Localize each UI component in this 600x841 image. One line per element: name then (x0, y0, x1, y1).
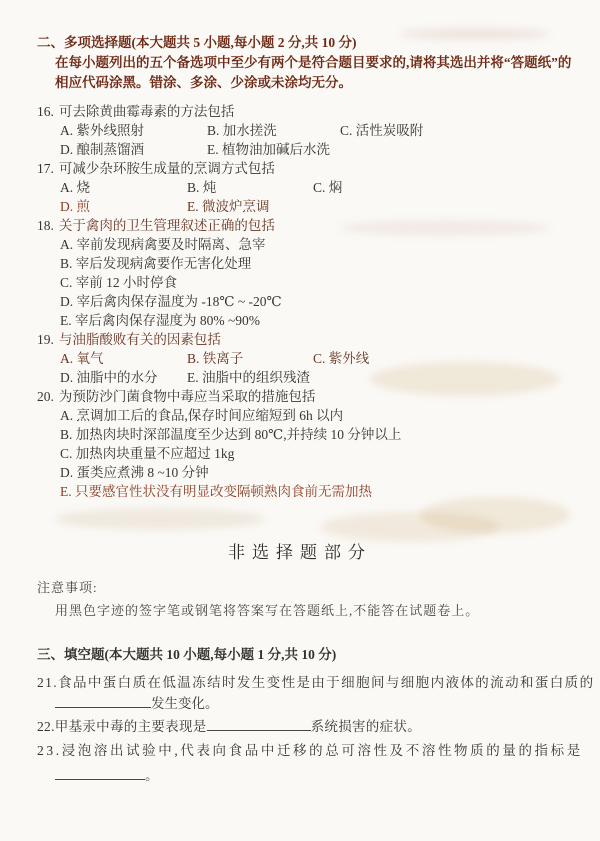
option-a: A. 烧 (60, 178, 187, 197)
option-b: B. 加水搓洗 (207, 121, 340, 140)
question-stem: 20.为预防沙门菌食物中毒应当采取的措施包括 (37, 387, 592, 406)
option-d: D. 酿制蒸馏酒 (60, 140, 207, 159)
option-c: C. 焖 (313, 178, 342, 197)
question-19: 19.与油脂酸败有关的因素包括 A. 氧气 B. 铁离子 C. 紫外线 D. 油… (37, 330, 592, 387)
ghost-mark (55, 508, 265, 530)
option-d: D. 宰后禽肉保存温度为 -18℃ ~ -20℃ (37, 292, 592, 311)
question-number: 20. (37, 389, 54, 404)
option-e: E. 只要感官性状没有明显改变隔顿熟肉食前无需加热 (37, 482, 592, 501)
question-number: 19. (37, 332, 54, 347)
question-18: 18.关于禽肉的卫生管理叙述正确的包括 A. 宰前发现病禽要及时隔离、急宰 B.… (37, 216, 592, 330)
question-text: 系统损害的症状。 (311, 719, 421, 734)
options-row: D. 酿制蒸馏酒 E. 植物油加碱后水洗 (37, 140, 592, 159)
instruction-line: 在每小题列出的五个备选项中至少有两个是符合题目要求的,请将其选出并将“答题纸”的 (55, 53, 592, 73)
question-text-line: 21.食品中蛋白质在低温冻结时发生变性是由于细胞间与细胞内液体的流动和蛋白质的 (37, 672, 592, 693)
option-a: A. 氧气 (60, 349, 187, 368)
question-text: 食品中蛋白质在低温冻结时发生变性是由于细胞间与细胞内液体的流动和蛋白质的 (58, 675, 594, 690)
question-text-line: 发生变化。 (37, 693, 592, 714)
question-text: 与油脂酸败有关的因素包括 (59, 332, 221, 347)
answer-blank (55, 766, 145, 780)
options-row: D. 油脂中的水分 E. 油脂中的组织残渣 (37, 368, 592, 387)
option-c: C. 紫外线 (313, 349, 369, 368)
option-c: C. 宰前 12 小时停食 (37, 273, 592, 292)
question-text: 为预防沙门菌食物中毒应当采取的措施包括 (59, 389, 316, 404)
section-heading: 二、多项选择题(本大题共 5 小题,每小题 2 分,共 10 分) (37, 33, 592, 53)
question-stem: 16.可去除黄曲霉毒素的方法包括 (37, 102, 592, 121)
question-stem: 19.与油脂酸败有关的因素包括 (37, 330, 592, 349)
option-d: D. 蛋类应煮沸 8 ~10 分钟 (37, 463, 592, 482)
option-c: C. 加热肉块重量不应超过 1kg (37, 444, 592, 463)
notice-label: 注意事项: (37, 578, 592, 598)
question-text: 浸泡溶出试验中,代表向食品中迁移的总可溶性及不溶性物质的量的指标是 (62, 743, 583, 758)
question-16: 16.可去除黄曲霉毒素的方法包括 A. 紫外线照射 B. 加水搓洗 C. 活性炭… (37, 102, 592, 159)
options-row: A. 氧气 B. 铁离子 C. 紫外线 (37, 349, 592, 368)
fill-in-section: 三、填空题(本大题共 10 小题,每小题 1 分,共 10 分) 21.食品中蛋… (37, 645, 592, 786)
question-text: 。 (145, 768, 159, 783)
question-text-line: 23.浸泡溶出试验中,代表向食品中迁移的总可溶性及不溶性物质的量的指标是 (37, 740, 592, 761)
option-c: C. 活性炭吸附 (340, 121, 423, 140)
question-number: 17. (37, 161, 54, 176)
question-21: 21.食品中蛋白质在低温冻结时发生变性是由于细胞间与细胞内液体的流动和蛋白质的 … (37, 672, 592, 714)
question-number: 16. (37, 104, 54, 119)
question-text-line: 。 (37, 765, 592, 786)
question-text: 甲基汞中毒的主要表现是 (55, 719, 207, 734)
notice-text: 用黑色字迹的签字笔或钢笔将答案写在答题纸上,不能答在试题卷上。 (37, 601, 592, 621)
question-stem: 18.关于禽肉的卫生管理叙述正确的包括 (37, 216, 592, 235)
non-selective-section-title: 非选择题部分 (0, 538, 600, 563)
question-number: 18. (37, 218, 54, 233)
instruction-line: 相应代码涂黑。错涂、多涂、少涂或未涂均无分。 (55, 73, 592, 93)
ghost-mark (420, 497, 570, 533)
question-text: 发生变化。 (151, 696, 219, 711)
option-e: E. 宰后禽肉保存湿度为 80% ~90% (37, 311, 592, 330)
question-number: 21. (37, 675, 58, 690)
multiple-choice-section: 二、多项选择题(本大题共 5 小题,每小题 2 分,共 10 分) 在每小题列出… (37, 33, 592, 501)
options-row: A. 紫外线照射 B. 加水搓洗 C. 活性炭吸附 (37, 121, 592, 140)
question-22: 22.甲基汞中毒的主要表现是系统损害的症状。 (37, 716, 592, 737)
question-20: 20.为预防沙门菌食物中毒应当采取的措施包括 A. 烹调加工后的食品,保存时间应… (37, 387, 592, 501)
answer-blank (55, 694, 151, 708)
option-e: E. 油脂中的组织残渣 (187, 368, 310, 387)
question-17: 17.可减少杂环胺生成量的烹调方式包括 A. 烧 B. 炖 C. 焖 D. 煎 … (37, 159, 592, 216)
option-e: E. 微波炉烹调 (187, 197, 270, 216)
option-b: B. 加热肉块时深部温度至少达到 80℃,并持续 10 分钟以上 (37, 425, 592, 444)
notice-block: 注意事项: 用黑色字迹的签字笔或钢笔将答案写在答题纸上,不能答在试题卷上。 (37, 578, 592, 621)
options-row: D. 煎 E. 微波炉烹调 (37, 197, 592, 216)
answer-blank (207, 717, 311, 731)
option-d: D. 煎 (60, 197, 187, 216)
option-b: B. 铁离子 (187, 349, 313, 368)
exam-page: 二、多项选择题(本大题共 5 小题,每小题 2 分,共 10 分) 在每小题列出… (0, 0, 600, 841)
option-d: D. 油脂中的水分 (60, 368, 187, 387)
question-23: 23.浸泡溶出试验中,代表向食品中迁移的总可溶性及不溶性物质的量的指标是 。 (37, 740, 592, 786)
option-a: A. 紫外线照射 (60, 121, 207, 140)
question-number: 22. (37, 719, 55, 734)
options-row: A. 烧 B. 炖 C. 焖 (37, 178, 592, 197)
option-a: A. 宰前发现病禽要及时隔离、急宰 (37, 235, 592, 254)
question-stem: 17.可减少杂环胺生成量的烹调方式包括 (37, 159, 592, 178)
question-text: 可去除黄曲霉毒素的方法包括 (59, 104, 235, 119)
section-instructions: 在每小题列出的五个备选项中至少有两个是符合题目要求的,请将其选出并将“答题纸”的… (55, 53, 592, 93)
section-heading: 三、填空题(本大题共 10 小题,每小题 1 分,共 10 分) (37, 645, 592, 665)
option-e: E. 植物油加碱后水洗 (207, 140, 330, 159)
question-text: 可减少杂环胺生成量的烹调方式包括 (59, 161, 275, 176)
question-text: 关于禽肉的卫生管理叙述正确的包括 (59, 218, 275, 233)
question-number: 23. (37, 743, 62, 758)
option-b: B. 炖 (187, 178, 313, 197)
option-b: B. 宰后发现病禽要作无害化处理 (37, 254, 592, 273)
option-a: A. 烹调加工后的食品,保存时间应缩短到 6h 以内 (37, 406, 592, 425)
